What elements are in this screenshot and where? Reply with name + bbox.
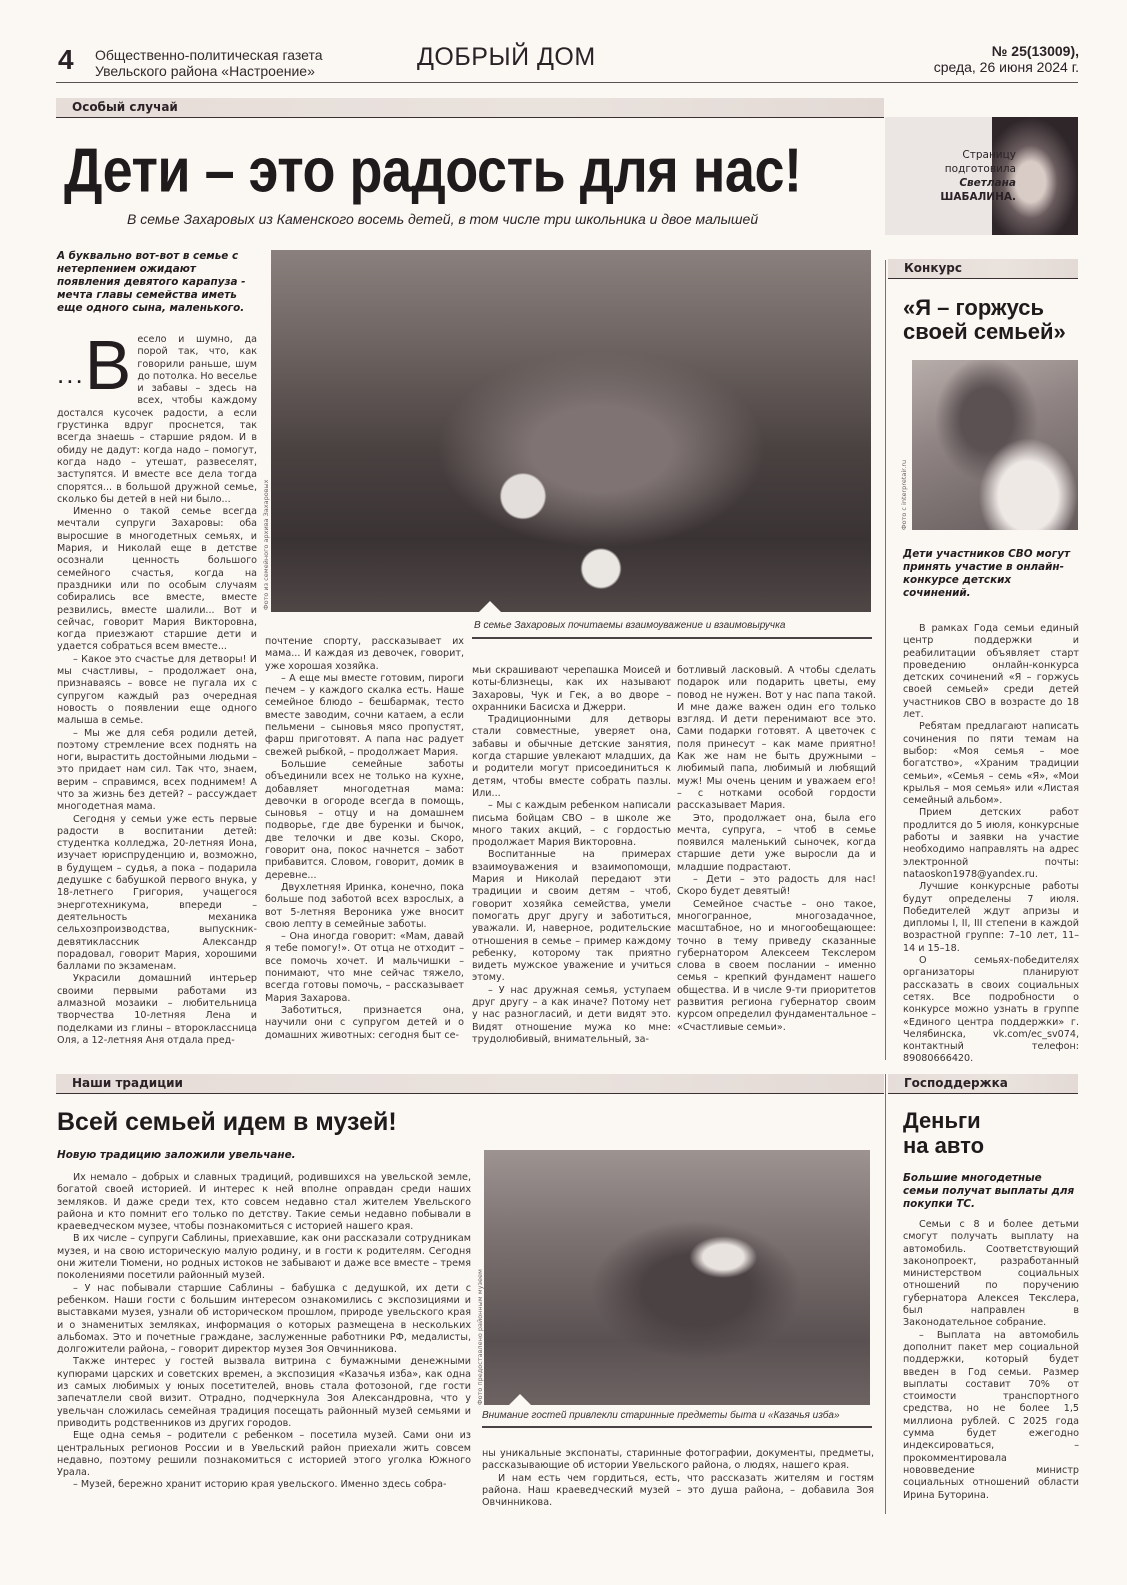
- paragraph: – Мы с каждым ребенком написали письма б…: [472, 800, 671, 849]
- paragraph: – Выплата на автомобиль дополнит пакет м…: [903, 1330, 1079, 1502]
- main-column-3: мьи скрашивают черепашка Моисей и коты-б…: [472, 665, 671, 1046]
- issue-info: № 25(13009), среда, 26 июня 2024 г.: [934, 43, 1079, 75]
- paragraph: В их числе – супруги Саблины, приехавшие…: [57, 1233, 471, 1282]
- page-number: 4: [58, 44, 74, 76]
- paragraph: В рамках Года семьи единый центр поддерж…: [903, 623, 1079, 721]
- publication-name: Общественно-политическая газета Увельско…: [95, 47, 323, 79]
- contest-title: «Я – горжусь своей семьей»: [903, 296, 1083, 344]
- paragraph: Украсили домашний интерьер своими первым…: [57, 973, 257, 1047]
- section-bar-special-case: Особый случай: [56, 98, 884, 118]
- issue-date: среда, 26 июня 2024 г.: [934, 59, 1079, 75]
- car-headline-line-2: на авто: [903, 1133, 984, 1158]
- main-headline: Дети – это радость для нас!: [64, 135, 801, 206]
- main-lead: А буквально вот-вот в семье с нетерпение…: [57, 250, 257, 315]
- contest-body: В рамках Года семьи единый центр поддерж…: [903, 623, 1079, 1066]
- photo-credit: Фото из семейного архива Захаровых: [262, 470, 270, 610]
- author-credit: Страницу подготовила Светлана ШАБАЛИНА.: [896, 148, 1016, 204]
- car-body: Семьи с 8 и более детьми смогут получать…: [903, 1219, 1079, 1502]
- paragraph: – Она иногда говорит: «Мам, давай я тебе…: [265, 931, 464, 1005]
- paragraph: Большие семейные заботы объединили всех …: [265, 759, 464, 882]
- dropcap-letter: В: [85, 326, 132, 404]
- sidebar-divider: [885, 260, 886, 1060]
- author-credit-line-2: подготовила: [896, 162, 1016, 176]
- photo-caption: В семье Захаровых почитаемы взаимоуважен…: [474, 620, 785, 631]
- paragraph: Семьи с 8 и более детьми смогут получать…: [903, 1219, 1079, 1330]
- paragraph: ны уникальные экспонаты, старинные фотог…: [482, 1448, 874, 1473]
- paragraph: Также интерес у гостей вызвала витрина с…: [57, 1356, 471, 1430]
- paragraph: Семейное счастье – оно такое, многогранн…: [677, 899, 876, 1034]
- museum-lead: Новую традицию заложили увельчане.: [57, 1149, 457, 1162]
- paragraph: – Мы же для себя родили детей, поэтому с…: [57, 728, 257, 814]
- car-headline-line-1: Деньги: [903, 1108, 984, 1133]
- museum-photo-credit: Фото предоставлено районным музеем: [476, 1260, 484, 1405]
- caption-triangle-icon: [508, 1394, 532, 1406]
- paragraph: – Музей, бережно хранит историю края уве…: [57, 1479, 471, 1491]
- paragraph: Это, продолжает она, была его мечта, суп…: [677, 813, 876, 874]
- paragraph: – Дети – это радость для нас! Скоро буде…: [677, 874, 876, 899]
- museum-headline: Всей семьей идем в музей!: [57, 1108, 397, 1137]
- issue-number: № 25(13009),: [934, 43, 1079, 59]
- section-bar-contest: Конкурс: [888, 259, 1078, 279]
- author-credit-line-1: Страницу: [896, 148, 1016, 162]
- section-bar-traditions: Наши традиции: [56, 1074, 884, 1094]
- paragraph: Ребятам предлагают написать сочинения по…: [903, 721, 1079, 807]
- section-bar-state-support: Господдержка: [888, 1074, 1078, 1094]
- family-photo: [271, 250, 871, 612]
- main-column-2: почтение спорту, рассказывает их мама...…: [265, 636, 464, 1042]
- caption-rule: [482, 1426, 872, 1428]
- museum-column-1: Их немало – добрых и славных традиций, р…: [57, 1172, 471, 1492]
- author-first-name: Светлана: [896, 176, 1016, 190]
- paragraph: Заботиться, признается она, научили они …: [265, 1005, 464, 1042]
- paragraph: – А еще мы вместе готовим, пироги печем …: [265, 673, 464, 759]
- paragraph: И нам есть чем гордиться, есть, что расс…: [482, 1473, 874, 1510]
- author-surname: ШАБАЛИНА.: [896, 190, 1016, 204]
- page-rubric: ДОБРЫЙ ДОМ: [417, 43, 596, 72]
- museum-photo: [484, 1150, 870, 1405]
- masthead-divider: [56, 82, 1078, 83]
- publication-line-1: Общественно-политическая газета: [95, 47, 323, 63]
- paragraph: почтение спорту, рассказывает их мама...…: [265, 636, 464, 673]
- paragraph: – У нас дружная семья, уступаем друг дру…: [472, 985, 671, 1046]
- caption-rule: [472, 637, 872, 639]
- publication-line-2: Увельского района «Настроение»: [95, 63, 323, 79]
- contest-photo: [912, 360, 1078, 530]
- paragraph: О семьях-победителях организаторы планир…: [903, 955, 1079, 1066]
- car-lead: Большие многодетные семьи получат выплат…: [903, 1172, 1079, 1211]
- paragraph: Прием детских работ продлится до 5 июля,…: [903, 807, 1079, 881]
- paragraph: Еще одна семья – родители с ребенком – п…: [57, 1430, 471, 1479]
- sidebar-divider: [885, 1074, 886, 1514]
- car-headline: Деньги на авто: [903, 1108, 984, 1158]
- paragraph: Двухлетняя Иринка, конечно, пока больше …: [265, 882, 464, 931]
- main-column-4: ботливый ласковый. А чтобы сделать подар…: [677, 665, 876, 1034]
- main-deck: В семье Захаровых из Каменского восемь д…: [127, 211, 758, 227]
- contest-lead: Дети участников СВО могут принять участи…: [903, 548, 1078, 600]
- museum-photo-caption: Внимание гостей привлекли старинные пред…: [482, 1410, 840, 1421]
- paragraph: Сегодня у семьи уже есть первые радости …: [57, 814, 257, 974]
- paragraph: – Какое это счастье для детворы! И мы сч…: [57, 654, 257, 728]
- dropcap: ...В: [57, 336, 131, 403]
- paragraph: Именно о такой семье всегда мечтали супр…: [57, 506, 257, 654]
- paragraph: Традиционными для детворы стали совместн…: [472, 714, 671, 800]
- paragraph: Лучшие конкурсные работы будут определен…: [903, 881, 1079, 955]
- caption-triangle-icon: [478, 601, 502, 613]
- paragraph: – У нас побывали старшие Саблины – бабуш…: [57, 1283, 471, 1357]
- paragraph: мьи скрашивают черепашка Моисей и коты-б…: [472, 665, 671, 714]
- museum-column-2: ны уникальные экспонаты, старинные фотог…: [482, 1448, 874, 1509]
- main-column-1: ...В есело и шумно, да порой так, что, к…: [57, 334, 257, 1047]
- paragraph: Их немало – добрых и славных традиций, р…: [57, 1172, 471, 1233]
- paragraph: ботливый ласковый. А чтобы сделать подар…: [677, 665, 876, 813]
- contest-photo-credit: Фото с interpretair.ru: [900, 440, 908, 530]
- paragraph: Воспитанные на примерах взаимоуважения и…: [472, 849, 671, 984]
- dropcap-dots: ...: [57, 359, 85, 389]
